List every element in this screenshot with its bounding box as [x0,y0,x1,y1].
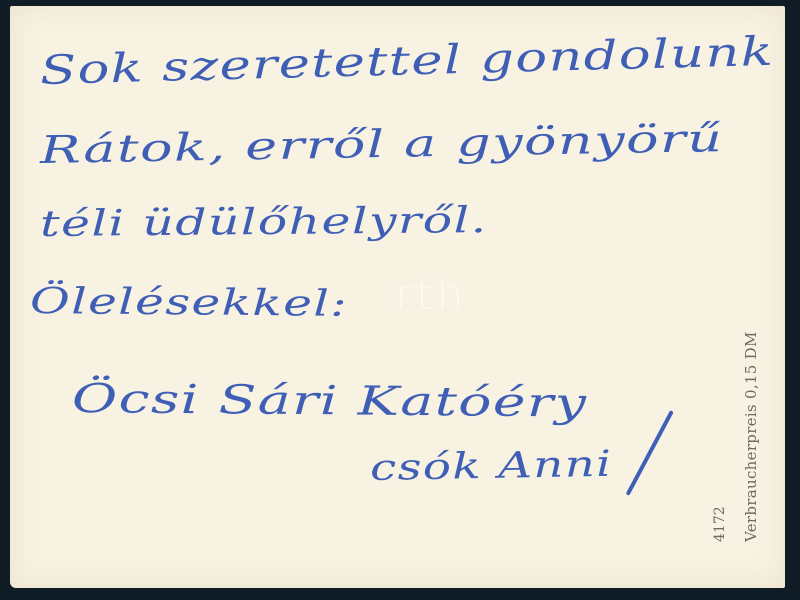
pen-stroke-bracket [626,410,674,496]
printed-price-label: Verbraucherpreis 0,15 DM [742,331,760,542]
handwritten-line-1: Sok szeretettel gondolunk [39,29,774,94]
watermark: rth [395,270,467,319]
handwritten-line-5: Öcsi Sári Katóéry [72,376,588,426]
handwritten-line-3: téli üdülőhelyről. [40,200,488,245]
handwritten-line-2: Rátok, erről a gyönyörű [40,116,724,172]
handwritten-line-4: Ölelésekkel: [30,281,348,325]
handwritten-signature: csók Anni [370,444,613,489]
printed-catalog-number: 4172 [712,506,728,542]
